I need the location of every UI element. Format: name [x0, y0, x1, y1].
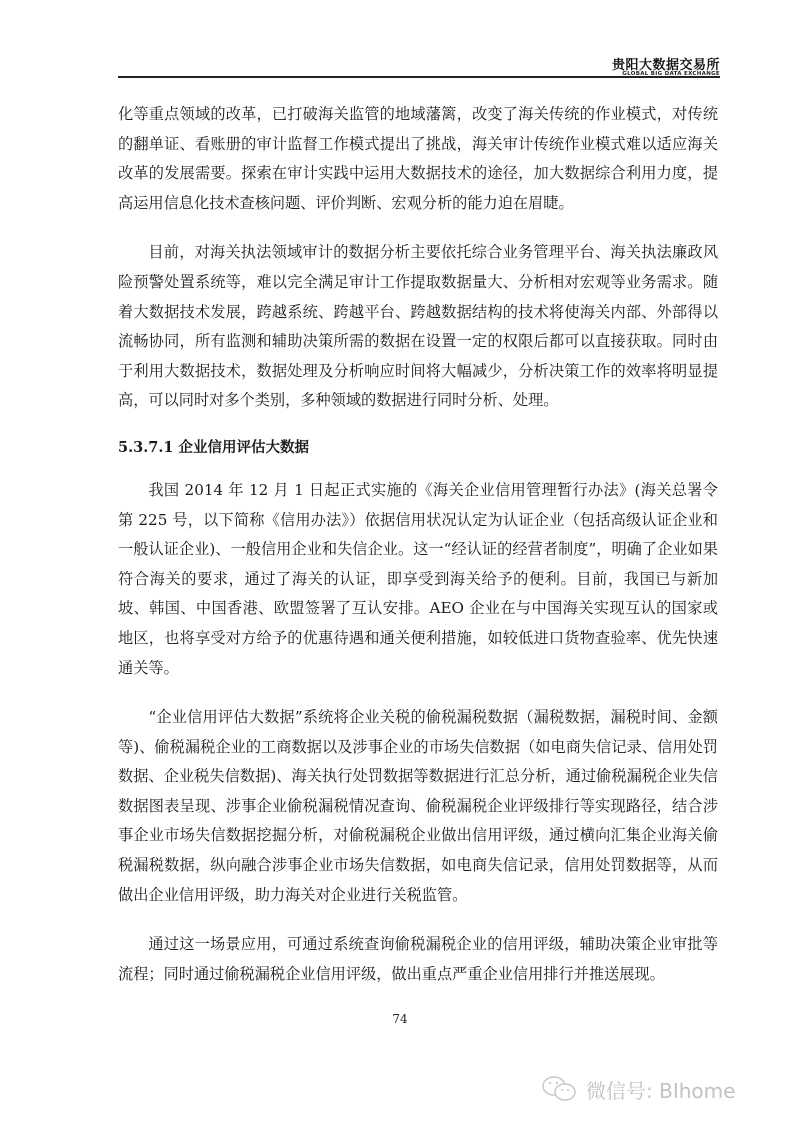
paragraph-4: “企业信用评估大数据”系统将企业关税的偷税漏税数据（漏税数据，漏税时间、金额等)…	[118, 703, 718, 910]
paragraph-3: 我国 2014 年 12 月 1 日起正式实施的《海关企业信用管理暂行办法》(海…	[118, 476, 718, 683]
header-rule	[118, 76, 720, 78]
page-number: 74	[0, 1012, 800, 1026]
paragraph-1: 化等重点领域的改革，已打破海关监管的地域藩篱，改变了海关传统的作业模式，对传统的…	[118, 100, 718, 218]
paragraph-5: 通过这一场景应用，可通过系统查询偷税漏税企业的信用评级，辅助决策企业审批等流程；…	[118, 930, 718, 989]
page-header: 贵阳大数据交易所 GLOBAL BIG DATA EXCHANGE	[118, 48, 720, 78]
watermark: 微信号: BIhome	[540, 1074, 735, 1104]
paragraph-2: 目前，对海关执法领域审计的数据分析主要依托综合业务管理平台、海关执法廉政风险预警…	[118, 238, 718, 416]
page-content: 化等重点领域的改革，已打破海关监管的地域藩篱，改变了海关传统的作业模式，对传统的…	[118, 100, 718, 989]
wechat-icon	[540, 1074, 580, 1104]
watermark-text: 微信号: BIhome	[586, 1075, 735, 1104]
section-heading: 5.3.7.1 企业信用评估大数据	[118, 436, 718, 460]
